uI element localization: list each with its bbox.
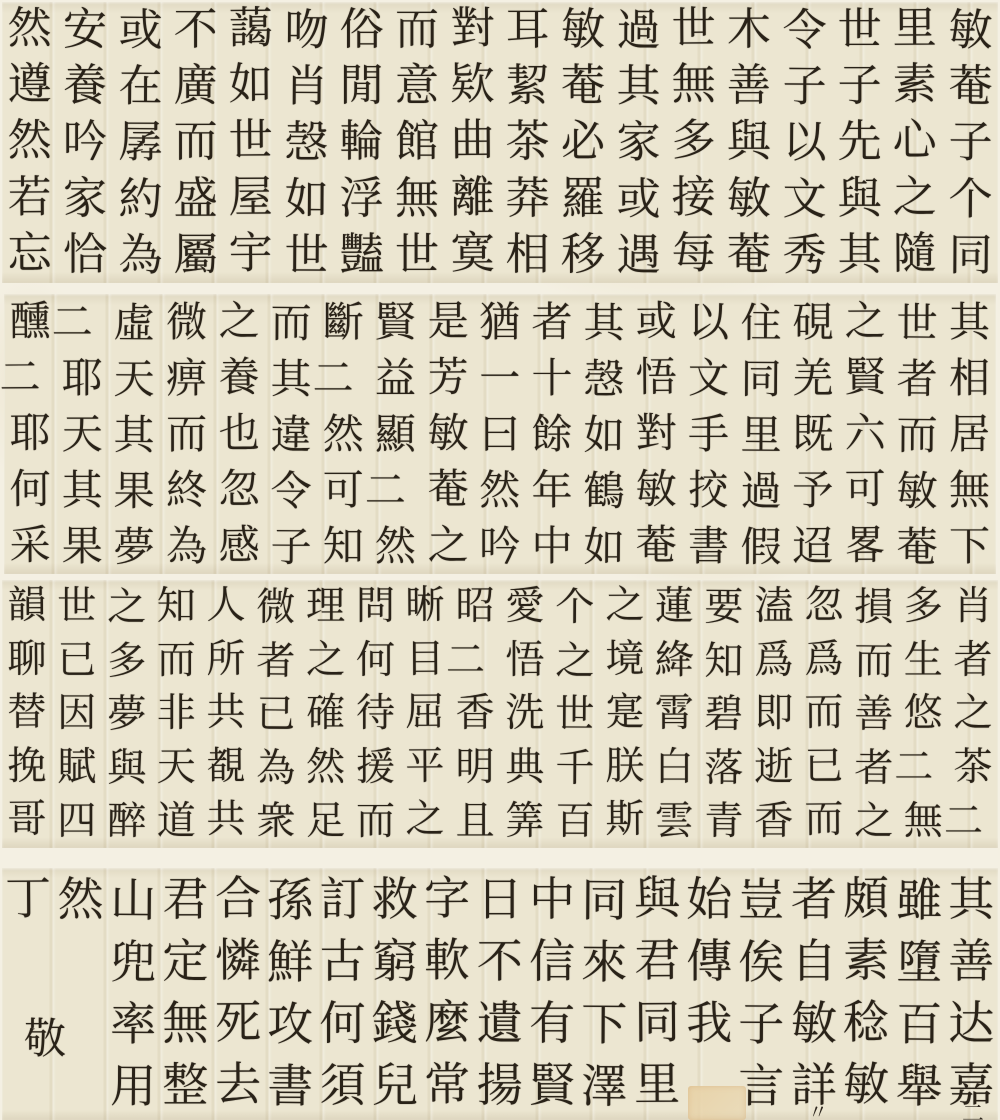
glyph-cell: 雲: [649, 794, 699, 848]
glyph-cell: 君: [159, 868, 211, 930]
glyph-cell: 假: [734, 519, 787, 575]
glyph-cell: 四: [52, 794, 102, 848]
glyph-cell: 肖: [278, 59, 334, 116]
glyph-cell: 者: [526, 294, 578, 350]
glyph-cell: 輪: [334, 114, 389, 170]
glyph-cell: 筭: [500, 794, 550, 848]
glyph-cell: 道: [151, 794, 201, 848]
glyph-cell: 軟: [421, 929, 474, 991]
glyph-cell: 既: [787, 406, 839, 462]
glyph-cell: 與: [101, 742, 151, 796]
glyph-cell: 下: [578, 993, 631, 1055]
glyph-cell: 移: [555, 227, 610, 283]
glyph-cell: 豈: [735, 869, 788, 931]
glyph-cell: 其: [610, 59, 666, 116]
text-column: 中信有賢: [526, 868, 578, 1120]
glyph-cell: 違: [265, 407, 318, 463]
glyph-cell: 敏: [721, 171, 776, 227]
text-column: 雖墮百舉: [893, 868, 945, 1120]
text-column: 或在孱約為: [113, 2, 168, 283]
glyph-cell: 鮮: [264, 931, 317, 993]
glyph-cell: 盛: [168, 171, 223, 227]
glyph-cell: 子: [735, 993, 788, 1055]
glyph-cell: 定: [159, 930, 211, 992]
glyph-cell: 屬: [168, 227, 223, 283]
glyph-cell: 个: [942, 171, 998, 228]
glyph-cell: 世: [52, 580, 102, 634]
text-column: 之賢六可畧: [839, 294, 891, 574]
glyph-cell: 之: [101, 581, 151, 635]
glyph-cell: 錢: [369, 992, 421, 1054]
glyph-cell: 其: [578, 295, 631, 351]
glyph-cell: 虛: [108, 295, 161, 351]
glyph-cell: 居: [943, 406, 995, 462]
glyph-cell: 菴: [721, 227, 776, 283]
glyph-cell: 之: [301, 634, 351, 688]
glyph-cell: 之: [599, 579, 649, 633]
glyph-cell: 窮: [369, 930, 421, 992]
glyph-cell: 意: [389, 58, 444, 114]
glyph-cell: 千: [550, 742, 600, 796]
text-column: 者自敏詳: [788, 868, 840, 1120]
text-column: 救窮錢兒: [369, 868, 421, 1120]
text-column: 合憐死去: [212, 868, 264, 1120]
glyph-cell: 芳: [421, 349, 474, 405]
glyph-cell: 已: [251, 688, 301, 742]
glyph-cell: 其: [56, 462, 108, 518]
glyph-cell: 豔: [334, 227, 389, 283]
glyph-cell: 不: [168, 2, 223, 58]
glyph-cell: 欵: [444, 57, 500, 114]
glyph-cell: 夢: [108, 519, 161, 575]
glyph-cell: 天: [56, 406, 108, 462]
glyph-cell: 迢: [787, 518, 839, 574]
glyph-cell: 之: [848, 795, 898, 849]
glyph-cell: 敏: [630, 461, 683, 517]
glyph-cell: 共: [201, 686, 251, 740]
glyph-cell: 多: [898, 580, 948, 634]
glyph-cell: 書: [264, 1055, 317, 1117]
text-column: 過其家或遇: [611, 2, 666, 283]
text-column: 賢益顯二然: [369, 294, 421, 574]
glyph-cell: 知: [699, 634, 749, 688]
glyph-cell: 與: [721, 114, 776, 170]
glyph-cell: 之: [948, 687, 998, 741]
text-column: 而其違令子: [265, 294, 317, 574]
glyph-cell: 里: [734, 407, 787, 463]
glyph-cell: 下: [943, 518, 995, 574]
glyph-cell: 爲: [799, 632, 849, 686]
glyph-cell: 愨: [278, 115, 334, 172]
glyph-cell: 斷: [317, 294, 369, 350]
text-column: 敏菴必羅移: [555, 2, 610, 283]
glyph-cell: 對: [444, 1, 500, 58]
glyph-cell: 舉: [892, 1055, 945, 1117]
glyph-cell: 藹: [223, 1, 279, 58]
glyph-cell: 賢: [526, 1054, 578, 1116]
glyph-cell: 世: [223, 113, 279, 170]
glyph-cell: 為: [161, 518, 213, 574]
glyph-cell: 肖: [948, 580, 998, 634]
glyph-cell: 知: [317, 518, 369, 574]
glyph-cell: 其: [945, 868, 997, 930]
glyph-cell: 溘: [749, 580, 799, 634]
glyph-cell: 敏: [840, 1053, 893, 1115]
glyph-cell: 多: [101, 634, 151, 688]
glyph-cell: 霄: [649, 687, 699, 741]
glyph-cell: 吟: [57, 114, 112, 170]
glyph-cell: 畧: [839, 517, 892, 573]
glyph-cell: 養: [57, 58, 112, 114]
glyph-cell: 莽: [500, 171, 555, 227]
text-column: 虛天其果夢: [108, 294, 160, 574]
text-column: 溘爲即逝香: [749, 580, 799, 848]
glyph-cell: 援: [351, 741, 401, 795]
glyph-cell: 憐: [211, 929, 264, 991]
text-column: 人所共覩共: [201, 580, 251, 848]
glyph-cell: 如: [278, 171, 334, 228]
glyph-cell: 要: [699, 581, 749, 635]
glyph-cell: 損: [848, 581, 898, 635]
text-column: 微痹而終為: [161, 294, 213, 574]
text-column: 世無多接每: [666, 2, 721, 283]
glyph-cell: 何: [316, 992, 368, 1054]
glyph-cell: 無: [666, 57, 722, 114]
glyph-cell: 或: [610, 171, 666, 228]
glyph-cell: 素: [887, 57, 943, 114]
glyph-cell: 約: [112, 171, 168, 228]
glyph-cell: 醺: [4, 293, 57, 349]
glyph-cell: 愛: [500, 580, 550, 634]
text-column: 然: [54, 868, 106, 1120]
text-column: 而意館無世: [389, 2, 444, 283]
glyph-cell: 君: [630, 929, 683, 991]
glyph-cell: 同: [578, 869, 631, 931]
text-column: 敏菴子个同: [943, 2, 998, 283]
glyph-cell: 曲: [444, 113, 500, 170]
glyph-cell: 所: [201, 632, 251, 686]
text-column: 住同里過假: [735, 294, 787, 574]
glyph-cell: 忽: [213, 461, 266, 517]
glyph-cell: 然: [369, 518, 421, 574]
text-column: 韻聊替挽哥: [2, 580, 52, 848]
glyph-cell: 一: [474, 350, 526, 406]
glyph-cell: 者: [251, 634, 301, 688]
text-band-3: 韻聊替挽哥世已因賦四之多夢與醉知而非天道人所共覩共微者已為衆理之確然足問何待援而…: [2, 580, 998, 848]
text-column: 要知碧落青: [699, 580, 749, 848]
glyph-cell: 且: [450, 794, 500, 848]
glyph-cell: 子: [832, 58, 887, 114]
glyph-cell: 館: [389, 114, 444, 170]
glyph-cell: 境: [599, 632, 649, 686]
text-column: 令子以文秀: [777, 2, 832, 283]
glyph-cell: 醉: [101, 795, 151, 849]
glyph-cell: 典: [500, 741, 550, 795]
glyph-cell: 丁: [2, 867, 55, 929]
glyph-cell: 二: [898, 741, 948, 795]
glyph-cell: 以: [776, 115, 832, 172]
glyph-cell: 茶: [948, 741, 998, 795]
glyph-cell: 忘: [2, 226, 58, 283]
glyph-cell: 鶴: [578, 463, 631, 519]
glyph-cell: 宇: [223, 226, 279, 283]
glyph-cell: 墮: [892, 931, 945, 993]
text-column: 世者而敏菴: [891, 294, 943, 574]
glyph-cell: 菴: [630, 517, 683, 573]
seal-mark: [688, 1086, 746, 1120]
glyph-cell: 如: [578, 519, 631, 575]
glyph-cell: 秀: [776, 228, 832, 285]
text-column: 二耶天其果: [56, 294, 108, 574]
glyph-cell: 二: [56, 294, 108, 350]
text-band-1: 然遵然若忘安養吟家恰或在孱約為不廣而盛屬藹如世屋宇吻肖愨如世俗閒輪浮豔而意館無世…: [2, 2, 998, 283]
glyph-cell: 來: [578, 931, 631, 993]
glyph-cell: 猶: [474, 294, 526, 350]
glyph-cell: 無: [898, 794, 948, 848]
glyph-cell: 而: [161, 406, 213, 462]
glyph-cell: 令: [265, 463, 318, 519]
glyph-cell: 共: [201, 793, 251, 847]
glyph-cell: 子: [265, 519, 318, 575]
glyph-cell: 其: [832, 227, 887, 283]
glyph-cell: 硯: [787, 294, 839, 350]
text-column: 豈俟子言: [735, 868, 787, 1120]
glyph-cell: 信: [526, 930, 578, 992]
glyph-cell: 人: [201, 579, 251, 633]
glyph-cell: 之: [400, 793, 450, 847]
text-column: 是芳敏菴之: [422, 294, 474, 574]
text-column: 硯羌既予迢: [787, 294, 839, 574]
glyph-cell: 屈: [400, 686, 450, 740]
glyph-cell: 中: [526, 868, 578, 930]
text-column: 里素心之隨: [887, 2, 942, 283]
glyph-cell: 遵: [2, 57, 58, 114]
glyph-cell: 養: [213, 349, 266, 405]
glyph-cell: 整: [159, 1054, 211, 1116]
glyph-cell: 聊: [2, 632, 52, 686]
glyph-cell: 之: [421, 517, 474, 573]
glyph-cell: 吻: [278, 3, 334, 60]
glyph-cell: 夢: [101, 688, 151, 742]
text-column: 猶一曰然吟: [474, 294, 526, 574]
glyph-cell: 或: [112, 3, 168, 60]
glyph-cell: 救: [369, 868, 421, 930]
glyph-cell: 而: [389, 2, 444, 58]
text-column: 訂古何須: [316, 868, 368, 1120]
glyph-cell: 是: [421, 293, 474, 349]
glyph-cell: 相: [943, 350, 995, 406]
glyph-cell: 手: [682, 406, 734, 462]
glyph-cell: 足: [301, 794, 351, 848]
text-column: 醺二耶何采: [4, 294, 56, 574]
text-column: 微者已為衆: [251, 580, 301, 848]
glyph-cell: 明: [450, 741, 500, 795]
glyph-cell: 果: [56, 518, 108, 574]
text-column: 其相居無下: [943, 294, 995, 574]
glyph-cell: 者: [891, 351, 944, 407]
text-column: 日不遺揚: [474, 868, 526, 1120]
glyph-cell: 也: [213, 405, 266, 461]
glyph-cell: 知: [151, 580, 201, 634]
glyph-cell: 敏: [788, 992, 840, 1054]
glyph-cell: 敏: [421, 405, 474, 461]
glyph-cell: 二: [4, 349, 57, 405]
glyph-cell: 攻: [264, 993, 317, 1055]
text-column: 問何待援而: [351, 580, 401, 848]
glyph-cell: 生: [898, 634, 948, 688]
glyph-cell: 而: [151, 634, 201, 688]
glyph-cell: 廣: [168, 58, 223, 114]
glyph-cell: 接: [666, 169, 722, 226]
text-column: 丁: [2, 868, 54, 1120]
glyph-cell: 落: [699, 742, 749, 796]
glyph-cell: 麼: [421, 991, 474, 1053]
glyph-cell: 二: [317, 350, 369, 406]
glyph-cell: 里: [630, 1053, 683, 1115]
glyph-cell: 須: [316, 1054, 368, 1116]
glyph-cell: 然: [2, 1, 58, 58]
text-column: 與君同里: [631, 868, 683, 1120]
glyph-cell: 替: [2, 686, 52, 740]
glyph-cell: 自: [788, 930, 840, 992]
glyph-cell: 韻: [2, 579, 52, 633]
glyph-cell: 痹: [161, 350, 213, 406]
glyph-cell: 傳: [683, 930, 735, 992]
glyph-cell: 菴: [891, 519, 944, 575]
glyph-cell: 已: [52, 634, 102, 688]
glyph-cell: 非: [151, 687, 201, 741]
glyph-cell: 而: [799, 793, 849, 847]
text-column: 世子先與其: [832, 2, 887, 283]
glyph-cell: 曰: [474, 406, 526, 462]
glyph-cell: 無: [943, 462, 995, 518]
glyph-cell: 而: [799, 686, 849, 740]
glyph-cell: 六: [839, 405, 892, 461]
glyph-cell: 遇: [610, 228, 666, 285]
glyph-cell: 悟: [630, 349, 683, 405]
glyph-cell: 顯: [369, 406, 421, 462]
text-column: 字軟麼常: [421, 868, 473, 1120]
glyph-cell: 之: [839, 293, 892, 349]
glyph-cell: 世: [550, 688, 600, 742]
glyph-cell: 予: [787, 462, 839, 518]
glyph-cell: 常: [421, 1053, 474, 1115]
glyph-cell: 終: [161, 462, 213, 518]
glyph-cell: 餘: [526, 406, 578, 462]
glyph-cell: 以: [682, 294, 734, 350]
glyph-cell: 蓮: [649, 580, 699, 634]
glyph-cell: 菴: [555, 58, 610, 114]
glyph-cell: 香: [450, 687, 500, 741]
glyph-cell: 相: [500, 227, 555, 283]
text-column: 晰目屈平之: [400, 580, 450, 848]
glyph-cell: 爲: [749, 634, 799, 688]
glyph-cell: 何: [351, 634, 401, 688]
glyph-cell: 吟: [474, 518, 526, 574]
glyph-cell: 逝: [749, 741, 799, 795]
glyph-cell: 與: [832, 171, 887, 227]
glyph-cell: 茶: [500, 114, 555, 170]
glyph-cell: 个: [550, 581, 600, 635]
glyph-cell: 白: [649, 741, 699, 795]
glyph-cell: 待: [351, 687, 401, 741]
glyph-cell: 理: [301, 580, 351, 634]
glyph-cell: 年: [526, 462, 578, 518]
text-column: 同來下澤: [578, 868, 630, 1120]
glyph-cell: 何: [4, 461, 57, 517]
glyph-cell: 耶: [4, 405, 57, 461]
glyph-cell: 遺: [474, 992, 526, 1054]
glyph-cell: 賢: [839, 349, 892, 405]
glyph-cell: 如: [578, 407, 631, 463]
glyph-cell: 覩: [201, 740, 251, 794]
glyph-cell: 益: [369, 350, 421, 406]
glyph-cell: 二: [450, 634, 500, 688]
glyph-cell: 已: [799, 740, 849, 794]
glyph-cell: 訂: [316, 868, 368, 930]
glyph-cell: 離: [444, 169, 500, 226]
glyph-cell: 昭: [450, 580, 500, 634]
glyph-cell: 在: [112, 59, 168, 116]
glyph-cell: 令: [776, 3, 832, 60]
text-column: 俗閒輪浮豔: [334, 2, 389, 283]
glyph-cell: 二: [369, 462, 421, 518]
glyph-cell: 悟: [500, 634, 550, 688]
glyph-cell: 耳: [500, 2, 555, 58]
glyph-cell: 同: [942, 228, 998, 285]
glyph-cell: 書: [682, 518, 734, 574]
glyph-cell: 子: [942, 115, 998, 172]
text-column: 蓮絳霄白雲: [649, 580, 699, 848]
glyph-cell: 而: [891, 407, 944, 463]
text-column: 頗素稔敏: [840, 868, 892, 1120]
glyph-cell: 雖: [892, 869, 945, 931]
glyph-cell: 世: [891, 295, 944, 351]
glyph-cell: 去: [211, 1053, 264, 1115]
glyph-cell: 衆: [251, 795, 301, 849]
glyph-cell: 感: [213, 517, 266, 573]
glyph-cell: 达: [945, 992, 997, 1054]
text-column: 之多夢與醉: [102, 580, 152, 848]
glyph-cell: 里: [887, 1, 943, 58]
glyph-cell: 菴: [421, 461, 474, 517]
glyph-cell: 之: [213, 293, 266, 349]
glyph-cell: 多: [666, 113, 722, 170]
glyph-cell: 然: [301, 741, 351, 795]
glyph-cell: 必: [555, 114, 610, 170]
glyph-cell: 始: [683, 868, 735, 930]
glyph-cell: 天: [108, 351, 161, 407]
text-band-4: 丁然山兜率用君定無整合憐死去孫鮮攻書訂古何須救窮錢兒字軟麼常日不遺揚中信有賢同來…: [2, 868, 998, 1120]
glyph-cell: 無: [159, 992, 211, 1054]
glyph-cell: 同: [734, 351, 787, 407]
text-column: 藹如世屋宇: [223, 2, 278, 283]
glyph-cell: 洗: [500, 687, 550, 741]
glyph-cell: 不: [474, 930, 526, 992]
glyph-cell: 而: [351, 794, 401, 848]
glyph-cell: 賦: [52, 741, 102, 795]
glyph-cell: 中: [526, 518, 578, 574]
text-column: 對欵曲離寞: [445, 2, 500, 283]
glyph-cell: 無: [389, 171, 444, 227]
text-column: 以文手挍書: [682, 294, 734, 574]
glyph-cell: 屋: [223, 169, 279, 226]
glyph-cell: 二: [948, 794, 998, 848]
glyph-cell: 果: [108, 463, 161, 519]
glyph-cell: 我: [683, 992, 735, 1054]
text-column: 之養也忽感: [213, 294, 265, 574]
glyph-cell: 忽: [799, 579, 849, 633]
